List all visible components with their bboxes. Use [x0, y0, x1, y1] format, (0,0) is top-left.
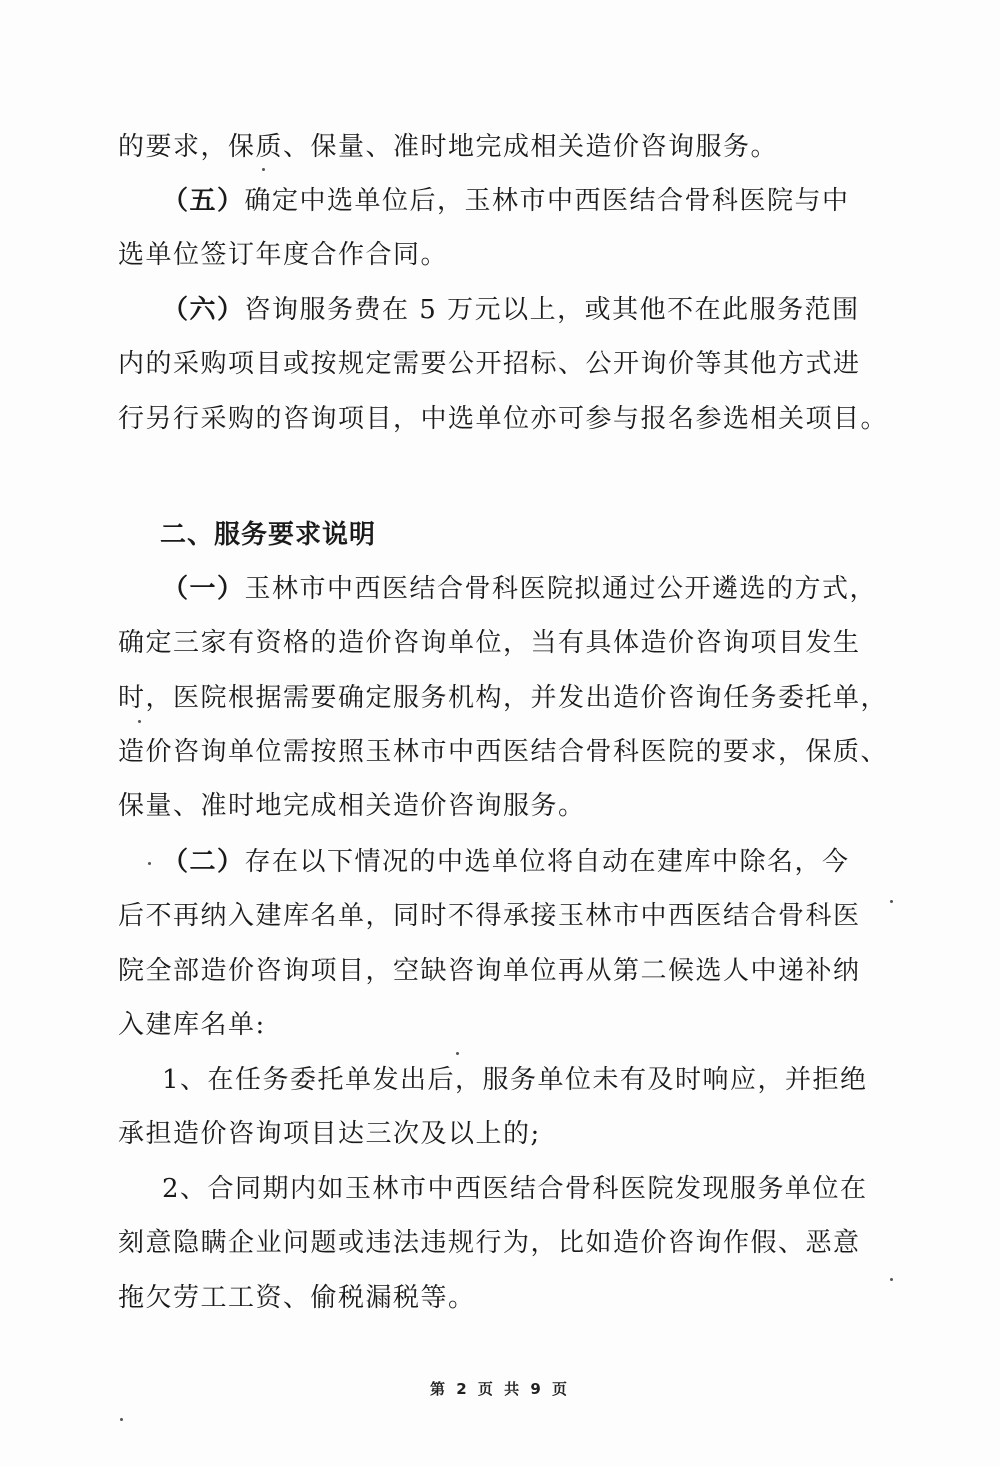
paragraph-text: 确定中选单位后，玉林市中西医结合骨科医院与中 [245, 186, 850, 216]
paragraph-6-line-1: （六）咨询服务费在 5 万元以上，或其他不在此服务范围 [162, 293, 932, 327]
section-1-line-5: 保量、准时地完成相关造价咨询服务。 [118, 789, 888, 823]
section-2-line-3: 院全部造价咨询项目，空缺咨询单位再从第二候选人中递补纳 [118, 954, 888, 988]
scan-speck [148, 862, 151, 865]
paragraph-6-line-2: 内的采购项目或按规定需要公开招标、公开询价等其他方式进 [118, 347, 888, 381]
section-1-line-1: （一）玉林市中西医结合骨科医院拟通过公开遴选的方式， [162, 572, 932, 606]
paragraph-5-line-2: 选单位签订年度合作合同。 [118, 238, 888, 272]
paragraph-text: 咨询服务费在 5 万元以上，或其他不在此服务范围 [245, 295, 860, 325]
scan-speck [456, 1052, 459, 1055]
scan-speck [120, 1418, 123, 1421]
paragraph-marker: （二） [162, 847, 245, 877]
item-2-line-1: 2、合同期内如玉林市中西医结合骨科医院发现服务单位在 [162, 1172, 932, 1206]
scan-speck [890, 900, 893, 903]
section-2-line-2: 后不再纳入建库名单，同时不得承接玉林市中西医结合骨科医 [118, 899, 888, 933]
scan-speck [138, 720, 141, 723]
paragraph-text: 玉林市中西医结合骨科医院拟通过公开遴选的方式， [245, 574, 878, 604]
section-2-line-4: 入建库名单: [118, 1008, 888, 1042]
section-1-line-3: 时，医院根据需要确定服务机构，并发出造价咨询任务委托单， [118, 681, 888, 715]
paragraph-text: 存在以下情况的中选单位将自动在建库中除名，今 [245, 847, 850, 877]
item-1-line-2: 承担造价咨询项目达三次及以上的; [118, 1117, 888, 1151]
paragraph-6-line-3: 行另行采购的咨询项目，中选单位亦可参与报名参选相关项目。 [118, 402, 888, 436]
section-heading: 二、服务要求说明 [160, 518, 376, 552]
paragraph-line: 的要求，保质、保量、准时地完成相关造价咨询服务。 [118, 130, 888, 164]
paragraph-marker: （五） [162, 186, 245, 216]
item-2-line-3: 拖欠劳工工资、偷税漏税等。 [118, 1281, 888, 1315]
document-page: 的要求，保质、保量、准时地完成相关造价咨询服务。 （五）确定中选单位后，玉林市中… [0, 0, 1000, 1467]
item-1-line-1: 1、在任务委托单发出后，服务单位未有及时响应，并拒绝 [162, 1063, 932, 1097]
section-2-line-1: （二）存在以下情况的中选单位将自动在建库中除名，今 [162, 845, 932, 879]
page-number-footer: 第 2 页 共 9 页 [0, 1378, 1000, 1399]
section-1-line-4: 造价咨询单位需按照玉林市中西医结合骨科医院的要求，保质、 [118, 735, 888, 769]
paragraph-5-line-1: （五）确定中选单位后，玉林市中西医结合骨科医院与中 [162, 184, 932, 218]
paragraph-marker: （一） [162, 574, 245, 604]
scan-speck [890, 1278, 893, 1281]
item-2-line-2: 刻意隐瞒企业问题或违法违规行为，比如造价咨询作假、恶意 [118, 1226, 888, 1260]
section-1-line-2: 确定三家有资格的造价咨询单位，当有具体造价咨询项目发生 [118, 626, 888, 660]
scan-speck [262, 168, 265, 171]
scan-speck [343, 538, 346, 541]
paragraph-marker: （六） [162, 295, 245, 325]
